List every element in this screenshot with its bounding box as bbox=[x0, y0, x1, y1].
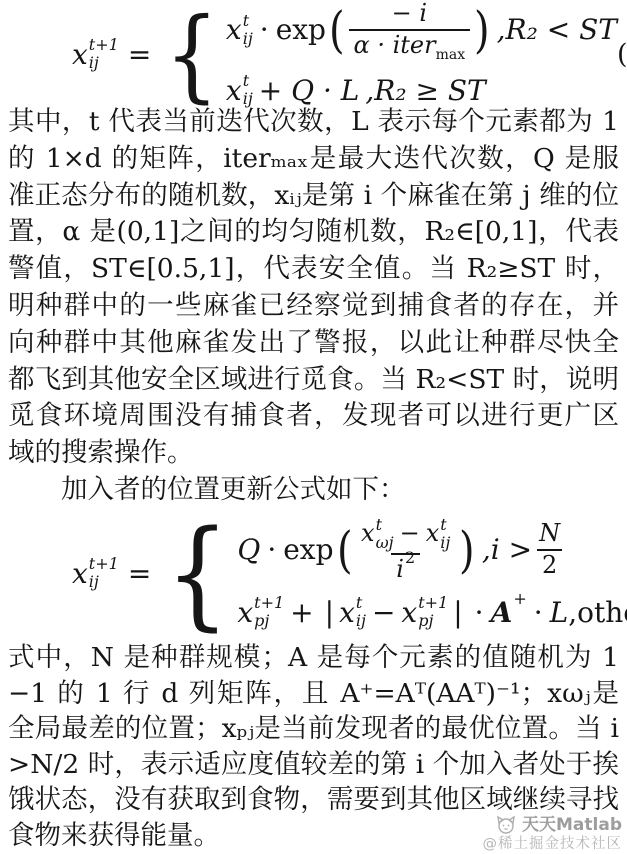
sup-sub-stack: t+1 pj bbox=[254, 594, 284, 630]
text-line: 明种群中的一些麻雀已经察觉到捕食者的存在，并 bbox=[8, 288, 619, 325]
math-term: x t ij bbox=[339, 594, 366, 630]
math-variable: x bbox=[401, 596, 417, 629]
fraction-numerator: − i bbox=[387, 0, 432, 29]
subscript: ωj bbox=[376, 534, 394, 552]
text-line: 其中，t 代表当前迭代次数，L 表示每个元素都为 1 bbox=[8, 104, 619, 141]
text-line: 向种群中其他麻雀发出了警报，以此让种群尽快全 bbox=[8, 325, 619, 362]
eq2-case-1: Q · exp ( x t ωj − bbox=[237, 516, 627, 583]
sup-sub-stack: t+1 ij bbox=[89, 36, 119, 72]
eq1-case-1: x t ij · exp ( − i α · iter max ) bbox=[226, 0, 617, 59]
math-variable: α · iter bbox=[354, 32, 436, 60]
cat-logo-icon bbox=[495, 815, 517, 835]
exp-function: exp bbox=[276, 13, 326, 46]
close-paren: ) bbox=[474, 5, 490, 55]
math-term: x t ij bbox=[226, 72, 253, 108]
sup-sub-stack: t ij bbox=[356, 594, 366, 630]
superscript: t+1 bbox=[254, 594, 284, 612]
text-line: 的 1×d 的矩阵，iterₘₐₓ是最大迭代次数，Q 是服从标 bbox=[8, 141, 619, 178]
equals-sign: = bbox=[128, 38, 151, 71]
superscript: t bbox=[376, 516, 382, 534]
subscript: ij bbox=[243, 30, 253, 48]
close-paren: ) bbox=[459, 525, 475, 575]
text-line: −1 的 1 行 d 列矩阵，且 A⁺=Aᵀ(AAᵀ)⁻¹；xωⱼ是当前 bbox=[8, 676, 619, 712]
math-expression: + Q · L bbox=[259, 74, 360, 107]
sup-sub-stack: t ij bbox=[243, 72, 253, 108]
fraction-denominator: i 2 bbox=[391, 553, 420, 584]
sup-sub-stack: t ij bbox=[440, 516, 450, 552]
superscript: + bbox=[513, 589, 526, 608]
subscript: ij bbox=[89, 54, 99, 72]
math-variable: x bbox=[226, 13, 242, 46]
cases-brace: { bbox=[165, 7, 219, 102]
math-term: x t ωj bbox=[361, 516, 394, 552]
math-term: x t+1 pj bbox=[401, 594, 448, 630]
minus-operator: − bbox=[400, 520, 420, 548]
watermark-brand-row: 天天Matlab bbox=[483, 815, 623, 835]
math-variable: Q bbox=[237, 533, 260, 566]
text-line: 全局最差的位置；xₚⱼ是当前发现者的最优位置。当 i bbox=[8, 711, 619, 747]
abs-bar: | bbox=[453, 596, 462, 629]
sup-sub-stack: t+1 ij bbox=[89, 555, 119, 591]
paragraph-2: 加入者的位置更新公式如下： bbox=[8, 472, 619, 509]
case-condition: ,R₂ < ST bbox=[497, 13, 617, 46]
watermark-brand-text: 天天Matlab bbox=[522, 815, 622, 835]
cases-brace: { bbox=[166, 517, 230, 629]
math-term: x t ij bbox=[426, 516, 451, 552]
text-line: 域的搜索操作。 bbox=[8, 435, 619, 472]
superscript: 2 bbox=[405, 549, 415, 567]
fraction-denominator: 2 bbox=[537, 549, 562, 580]
minus-operator: − bbox=[372, 596, 395, 629]
watermark: 天天Matlab @稀土掘金技术社区 bbox=[483, 815, 623, 853]
document-page: x t+1 ij = { x t ij · exp ( bbox=[0, 0, 627, 854]
text-line: 觅食环境周围没有捕食者，发现者可以进行更广区 bbox=[8, 398, 619, 435]
equation-1: x t+1 ij = { x t ij · exp ( bbox=[0, 0, 627, 108]
math-variable: x bbox=[72, 38, 88, 71]
text-line: >N/2 时，表示适应度值较差的第 i 个加入者处于挨 bbox=[8, 747, 619, 783]
eq1-lhs: x t+1 ij bbox=[72, 36, 119, 72]
cdot-operator: · bbox=[475, 596, 484, 629]
fraction: x t ωj − x t ij bbox=[356, 516, 455, 583]
open-paren: ( bbox=[329, 5, 345, 55]
superscript: t bbox=[243, 12, 249, 30]
math-variable: x bbox=[72, 557, 88, 590]
open-paren: ( bbox=[336, 525, 352, 575]
subscript: ij bbox=[440, 534, 450, 552]
superscript: t bbox=[356, 594, 362, 612]
fraction-denominator: α · iter max bbox=[349, 29, 471, 60]
subscript: ij bbox=[356, 612, 366, 630]
math-variable: A bbox=[491, 596, 513, 629]
text-line: 置，α 是(0,1]之间的均匀随机数，R₂∈[0,1]，代表预 bbox=[8, 214, 619, 251]
math-variable: L bbox=[550, 596, 569, 629]
subscript: pj bbox=[254, 612, 269, 630]
eq2-lhs: x t+1 ij bbox=[72, 555, 119, 591]
equals-sign: = bbox=[128, 557, 151, 590]
text-line: 饿状态，没有获取到食物，需要到其他区域继续寻找 bbox=[8, 782, 619, 818]
text-line: 警值，ST∈[0.5,1]，代表安全值。当 R₂≥ST 时，说 bbox=[8, 251, 619, 288]
cdot-operator: · bbox=[260, 13, 269, 46]
eq1-cases: x t ij · exp ( − i α · iter max ) bbox=[226, 0, 617, 108]
superscript: t bbox=[243, 72, 249, 90]
cdot-operator: · bbox=[267, 533, 276, 566]
fraction: − i α · iter max bbox=[349, 0, 471, 59]
sup-sub-stack: t ij bbox=[243, 12, 253, 48]
case-condition: ,R₂ ≥ ST bbox=[365, 74, 485, 107]
subscript: pj bbox=[418, 612, 433, 630]
plus-operator: + bbox=[290, 596, 313, 629]
subscript: ij bbox=[89, 573, 99, 591]
eq2-cases: Q · exp ( x t ωj − bbox=[237, 516, 627, 630]
math-variable: x bbox=[361, 520, 375, 548]
exp-function: exp bbox=[283, 533, 333, 566]
text-line: 加入者的位置更新公式如下： bbox=[8, 472, 619, 509]
eq1-case-2: x t ij + Q · L ,R₂ ≥ ST bbox=[226, 72, 617, 108]
sup-sub-stack: t ωj bbox=[376, 516, 394, 552]
superscript: t+1 bbox=[89, 555, 119, 573]
fraction: N 2 bbox=[534, 520, 565, 579]
watermark-community-text: @稀土掘金技术社区 bbox=[483, 835, 623, 853]
superscript: t+1 bbox=[89, 36, 119, 54]
math-variable: x bbox=[426, 520, 440, 548]
math-variable: x bbox=[226, 74, 242, 107]
math-term: x t ij bbox=[226, 12, 253, 48]
text-line: 都飞到其他安全区域进行觅食。当 R₂<ST 时，说明 bbox=[8, 362, 619, 399]
case-condition: ,i > bbox=[482, 533, 532, 566]
case-condition: ,other bbox=[568, 596, 627, 629]
math-term: A + bbox=[491, 596, 527, 629]
subscript: max bbox=[436, 47, 466, 63]
cdot-operator: · bbox=[534, 596, 543, 629]
math-variable: i bbox=[396, 556, 404, 584]
paragraph-1: 其中，t 代表当前迭代次数，L 表示每个元素都为 1 的 1×d 的矩阵，ite… bbox=[8, 104, 619, 472]
math-term: x t+1 pj bbox=[237, 594, 284, 630]
eq2-case-2: x t+1 pj + | x t ij − x bbox=[237, 594, 627, 630]
text-line: 式中，N 是种群规模；A 是每个元素的值随机为 1 或 bbox=[8, 640, 619, 676]
sup-sub-stack: t+1 pj bbox=[418, 594, 448, 630]
superscript: t+1 bbox=[418, 594, 448, 612]
superscript: t bbox=[440, 516, 446, 534]
math-variable: x bbox=[339, 596, 355, 629]
abs-bar: | bbox=[325, 596, 334, 629]
math-variable: x bbox=[237, 596, 253, 629]
text-line: 准正态分布的随机数，xᵢⱼ是第 i 个麻雀在第 j 维的位 bbox=[8, 178, 619, 215]
equation-2: x t+1 ij = { Q · exp ( x t bbox=[0, 508, 627, 638]
equation-number: (1) bbox=[617, 39, 627, 70]
fraction-numerator: N bbox=[534, 520, 565, 549]
